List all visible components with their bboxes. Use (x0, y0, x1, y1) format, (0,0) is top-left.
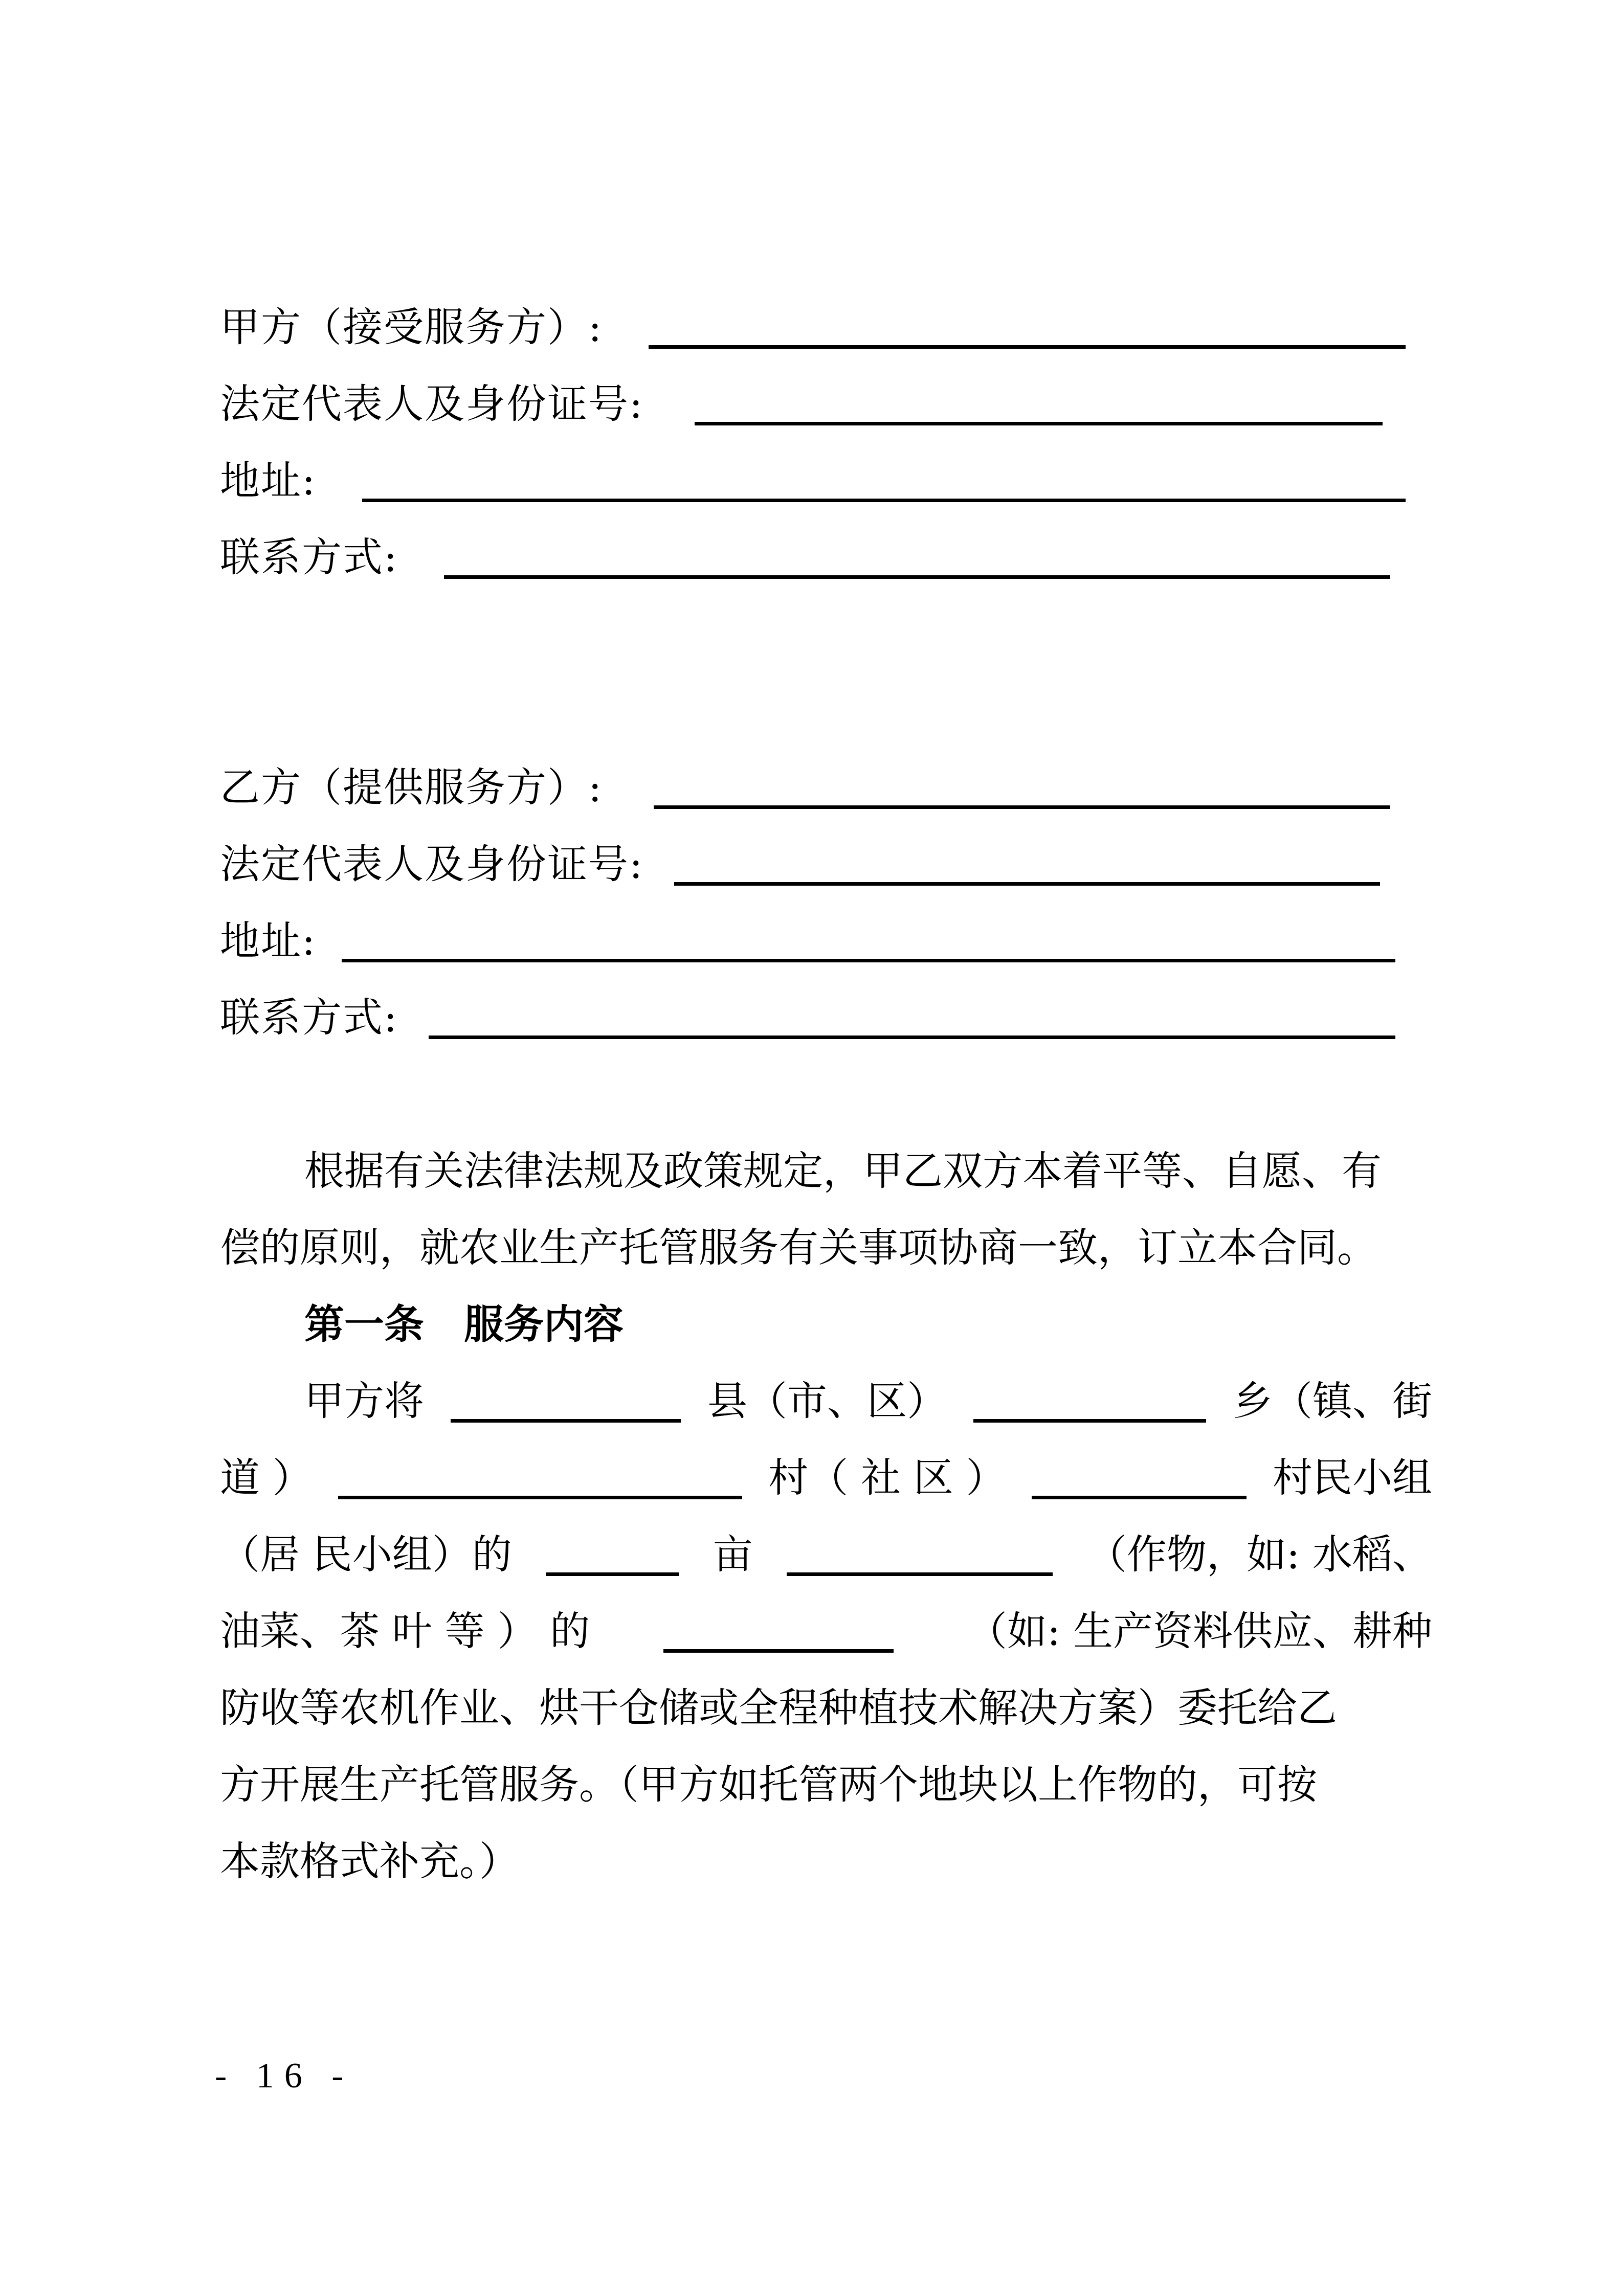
text-segment: （如: 生产资料供应、耕种 (967, 1600, 1432, 1657)
party-b-legal-rep-blank[interactable] (674, 882, 1380, 886)
party-b-address-label: 地址: (220, 909, 316, 966)
preamble-text-1: 根据有关法律法规及政策规定，甲乙双方本着平等、自愿、有 (304, 1139, 1382, 1197)
area-mu-blank[interactable] (546, 1572, 679, 1576)
party-b-contact-label: 联系方式: (220, 986, 398, 1043)
article-1-heading-text: 第一条 服务内容 (304, 1293, 624, 1350)
party-a-legal-rep-blank[interactable] (695, 422, 1383, 425)
crop-blank[interactable] (787, 1572, 1053, 1576)
article-1-line-4: 油菜、茶 叶 等 ） 的 （如: 生产资料供应、耕种 (220, 1601, 1432, 1657)
party-b-name-label: 乙方（提供服务方）: (220, 756, 603, 813)
preamble-line-2: 偿的原则，就农业生产托管服务有关事项协商一致，订立本合同。 (220, 1217, 1432, 1273)
party-a-name-blank[interactable] (649, 345, 1406, 349)
county-blank[interactable] (451, 1419, 681, 1423)
text-segment: 方开展生产托管服务。（甲方如托管两个地块以上作物的，可按 (220, 1753, 1317, 1810)
preamble-text-2: 偿的原则，就农业生产托管服务有关事项协商一致，订立本合同。 (220, 1216, 1377, 1273)
text-segment: 防收等农机作业、烘干仓储或全程种植技术解决方案）委托给乙 (220, 1676, 1337, 1734)
party-a-name-label: 甲方（接受服务方）: (220, 296, 603, 353)
text-segment: 县（市、区） (707, 1369, 947, 1427)
party-a-contact-row: 联系方式: (220, 527, 1390, 583)
text-segment: 油菜、茶 叶 等 ） 的 (220, 1600, 590, 1657)
party-b-address-blank[interactable] (342, 959, 1395, 962)
text-segment: 亩 (713, 1523, 753, 1580)
text-segment: 道 ） (220, 1446, 313, 1503)
article-1-line-2: 道 ） 村（ 社 区 ） 村民小组 (220, 1447, 1432, 1503)
party-a-address-label: 地址: (220, 449, 316, 506)
party-a-name-row: 甲方（接受服务方）: (220, 297, 1406, 353)
text-segment: 乡（镇、街 (1233, 1369, 1432, 1427)
township-blank[interactable] (973, 1419, 1206, 1423)
text-segment: 本款格式补充。） (220, 1830, 519, 1887)
party-b-contact-row: 联系方式: (220, 987, 1395, 1043)
text-segment: （居 民小组）的 (220, 1523, 512, 1580)
text-segment: 村民小组 (1273, 1446, 1432, 1503)
text-segment: 甲方将 (304, 1369, 424, 1427)
article-1-line-6: 方开展生产托管服务。（甲方如托管两个地块以上作物的，可按 (220, 1754, 1432, 1810)
party-a-address-blank[interactable] (362, 499, 1406, 502)
party-a-contact-blank[interactable] (444, 575, 1390, 579)
preamble-line-1: 根据有关法律法规及政策规定，甲乙双方本着平等、自愿、有 (304, 1140, 1432, 1197)
party-a-legal-rep-label: 法定代表人及身份证号: (220, 372, 643, 430)
party-b-contact-blank[interactable] (429, 1036, 1395, 1039)
villager-group-blank[interactable] (1032, 1496, 1247, 1499)
article-1-line-7: 本款格式补充。） (220, 1831, 1432, 1887)
article-1-line-1: 甲方将 县（市、区） 乡（镇、街 (304, 1370, 1432, 1427)
party-a-contact-label: 联系方式: (220, 526, 398, 583)
text-segment: 村（ 社 区 ） (768, 1446, 1006, 1503)
party-b-legal-rep-row: 法定代表人及身份证号: (220, 834, 1380, 890)
village-blank[interactable] (338, 1496, 742, 1499)
party-a-legal-rep-row: 法定代表人及身份证号: (220, 373, 1383, 430)
party-b-legal-rep-label: 法定代表人及身份证号: (220, 832, 643, 890)
party-b-name-row: 乙方（提供服务方）: (220, 757, 1390, 813)
article-1-heading: 第一条 服务内容 (304, 1294, 1432, 1350)
article-1-line-3: （居 民小组）的 亩 （作物，如: 水稻、 (220, 1524, 1432, 1580)
text-segment: （作物，如: 水稻、 (1087, 1523, 1432, 1580)
party-a-address-row: 地址: (220, 450, 1406, 506)
party-b-address-row: 地址: (220, 910, 1395, 966)
party-b-name-blank[interactable] (654, 805, 1390, 809)
page-number: - 16 - (215, 2056, 354, 2097)
article-1-line-5: 防收等农机作业、烘干仓储或全程种植技术解决方案）委托给乙 (220, 1677, 1432, 1734)
service-type-blank[interactable] (663, 1649, 894, 1653)
